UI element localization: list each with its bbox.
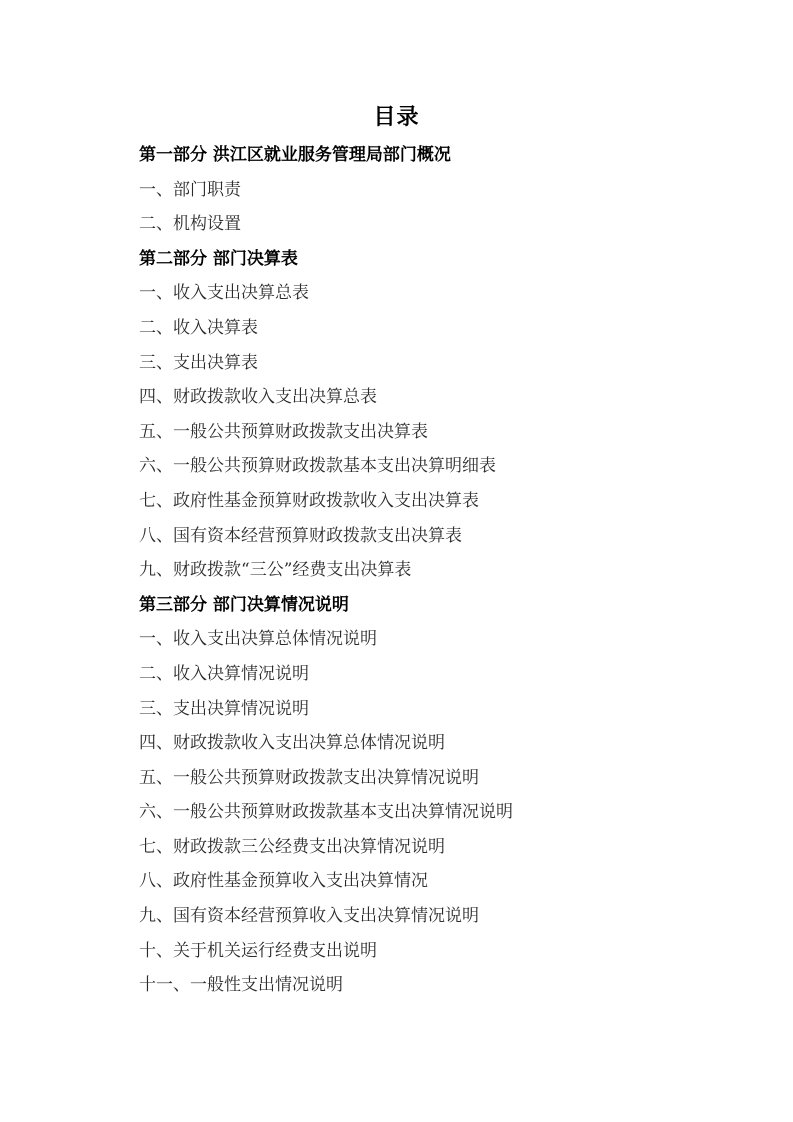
toc-item: 三、支出决算情况说明 [139, 696, 513, 731]
toc-item: 四、财政拨款收入支出决算总体情况说明 [139, 730, 513, 765]
toc-item: 十一、一般性支出情况说明 [139, 972, 513, 1007]
toc-item: 七、政府性基金预算财政拨款收入支出决算表 [139, 488, 513, 523]
toc-item: 六、一般公共预算财政拨款基本支出决算明细表 [139, 453, 513, 488]
toc-part-1: 第一部分 洪江区就业服务管理局部门概况 [139, 142, 513, 177]
toc-item: 二、收入决算表 [139, 315, 513, 350]
table-of-contents: 第一部分 洪江区就业服务管理局部门概况 一、部门职责 二、机构设置 第二部分 部… [139, 142, 513, 1007]
toc-item: 八、政府性基金预算收入支出决算情况 [139, 868, 513, 903]
toc-part-3: 第三部分 部门决算情况说明 [139, 592, 513, 627]
toc-item: 七、财政拨款三公经费支出决算情况说明 [139, 834, 513, 869]
toc-item: 十、关于机关运行经费支出说明 [139, 938, 513, 973]
toc-item: 五、一般公共预算财政拨款支出决算表 [139, 419, 513, 454]
toc-item: 一、收入支出决算总表 [139, 280, 513, 315]
document-page: 目录 第一部分 洪江区就业服务管理局部门概况 一、部门职责 二、机构设置 第二部… [0, 0, 793, 1122]
toc-item: 八、国有资本经营预算财政拨款支出决算表 [139, 523, 513, 558]
toc-item: 九、国有资本经营预算收入支出决算情况说明 [139, 903, 513, 938]
toc-part-2: 第二部分 部门决算表 [139, 246, 513, 281]
toc-item: 一、收入支出决算总体情况说明 [139, 626, 513, 661]
toc-item: 四、财政拨款收入支出决算总表 [139, 384, 513, 419]
toc-item: 六、一般公共预算财政拨款基本支出决算情况说明 [139, 799, 513, 834]
toc-item: 五、一般公共预算财政拨款支出决算情况说明 [139, 765, 513, 800]
page-title: 目录 [0, 100, 793, 131]
toc-item: 一、部门职责 [139, 177, 513, 212]
toc-item: 九、财政拨款“三公”经费支出决算表 [139, 557, 513, 592]
toc-item: 二、收入决算情况说明 [139, 661, 513, 696]
toc-item: 三、支出决算表 [139, 350, 513, 385]
toc-item: 二、机构设置 [139, 211, 513, 246]
